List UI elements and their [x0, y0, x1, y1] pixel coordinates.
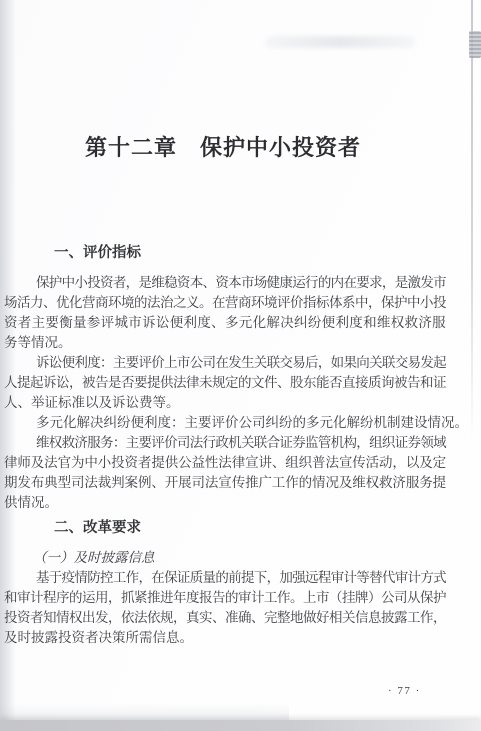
section-evaluation-indicators: 保护中小投资者，是维稳资本、资本市场健康运行的内在要求，是激发市场活力、优化营商… — [4, 273, 446, 513]
text-line: 律师及法官为中小投资者提供公益性法律宣讲、组织普法宣传活动，以及定 — [4, 453, 446, 473]
scan-page-edge-line — [471, 0, 473, 440]
paragraph: 基于疫情防控工作，在保证质量的前提下，加强远程审计等替代审计方式和审计程序的运用… — [4, 568, 446, 648]
text-line: 供情况。 — [4, 493, 446, 513]
scan-page-curl-shadow — [0, 704, 289, 720]
text-line: 维权救济服务：主要评价司法行政机关联合证券监管机构，组织证券领域 — [4, 433, 446, 453]
chapter-title: 第十二章 保护中小投资者 — [0, 131, 446, 162]
text-line: 和审计程序的运用，抓紧推进年度报告的审计工作。上市（挂牌）公司从保护 — [4, 588, 446, 608]
section-heading-evaluation-indicators: 一、评价指标 — [54, 243, 446, 263]
text-line: 保护中小投资者，是维稳资本、资本市场健康运行的内在要求，是激发市 — [4, 273, 446, 293]
subsection-heading-timely-disclosure: （一）及时披露信息 — [33, 548, 446, 568]
text-line: 人提起诉讼，被告是否要提供法律未规定的文件、股东能否直接质询被告和证 — [4, 373, 446, 393]
text-line: 资者主要衡量参评城市诉讼便利度、多元化解决纠纷便利度和维权救济服 — [4, 313, 446, 333]
scan-artifact-blob — [469, 31, 481, 58]
paragraph: 保护中小投资者，是维稳资本、资本市场健康运行的内在要求，是激发市场活力、优化营商… — [4, 273, 446, 353]
page-body: 一、评价指标 保护中小投资者，是维稳资本、资本市场健康运行的内在要求，是激发市场… — [4, 243, 446, 648]
text-line: 场活力、优化营商环境的法治之义。在营商环境评价指标体系中，保护中小投 — [4, 293, 446, 313]
text-line: 务等情况。 — [4, 333, 446, 353]
section-reform-requirements: 基于疫情防控工作，在保证质量的前提下，加强远程审计等替代审计方式和审计程序的运用… — [4, 568, 446, 648]
text-line: 人、举证标准以及诉讼费等。 — [4, 393, 446, 413]
text-line: 投资者知情权出发，依法依规，真实、准确、完整地做好相关信息披露工作， — [4, 608, 446, 628]
text-line: 基于疫情防控工作，在保证质量的前提下，加强远程审计等替代审计方式 — [4, 568, 446, 588]
scan-edge-bottom-shadow — [0, 720, 481, 731]
page-number: · 77 · — [388, 685, 421, 697]
section-heading-reform-requirements: 二、改革要求 — [54, 518, 446, 538]
show-through-text-ghost — [265, 36, 415, 48]
text-line: 诉讼便利度：主要评价上市公司在发生关联交易后，如果向关联交易发起 — [4, 353, 446, 373]
scanned-book-page: 第十二章 保护中小投资者 一、评价指标 保护中小投资者，是维稳资本、资本市场健康… — [0, 0, 481, 731]
text-line: 期发布典型司法裁判案例、开展司法宣传推广工作的情况及维权救济服务提 — [4, 473, 446, 493]
paragraph: 维权救济服务：主要评价司法行政机关联合证券监管机构，组织证券领域律师及法官为中小… — [4, 433, 446, 513]
paragraph: 诉讼便利度：主要评价上市公司在发生关联交易后，如果向关联交易发起人提起诉讼，被告… — [4, 353, 446, 413]
text-line: 及时披露投资者决策所需信息。 — [4, 628, 446, 648]
paragraph: 多元化解决纠纷便利度：主要评价公司纠纷的多元化解纷机制建设情况。 — [4, 413, 446, 433]
text-line: 多元化解决纠纷便利度：主要评价公司纠纷的多元化解纷机制建设情况。 — [4, 413, 446, 433]
